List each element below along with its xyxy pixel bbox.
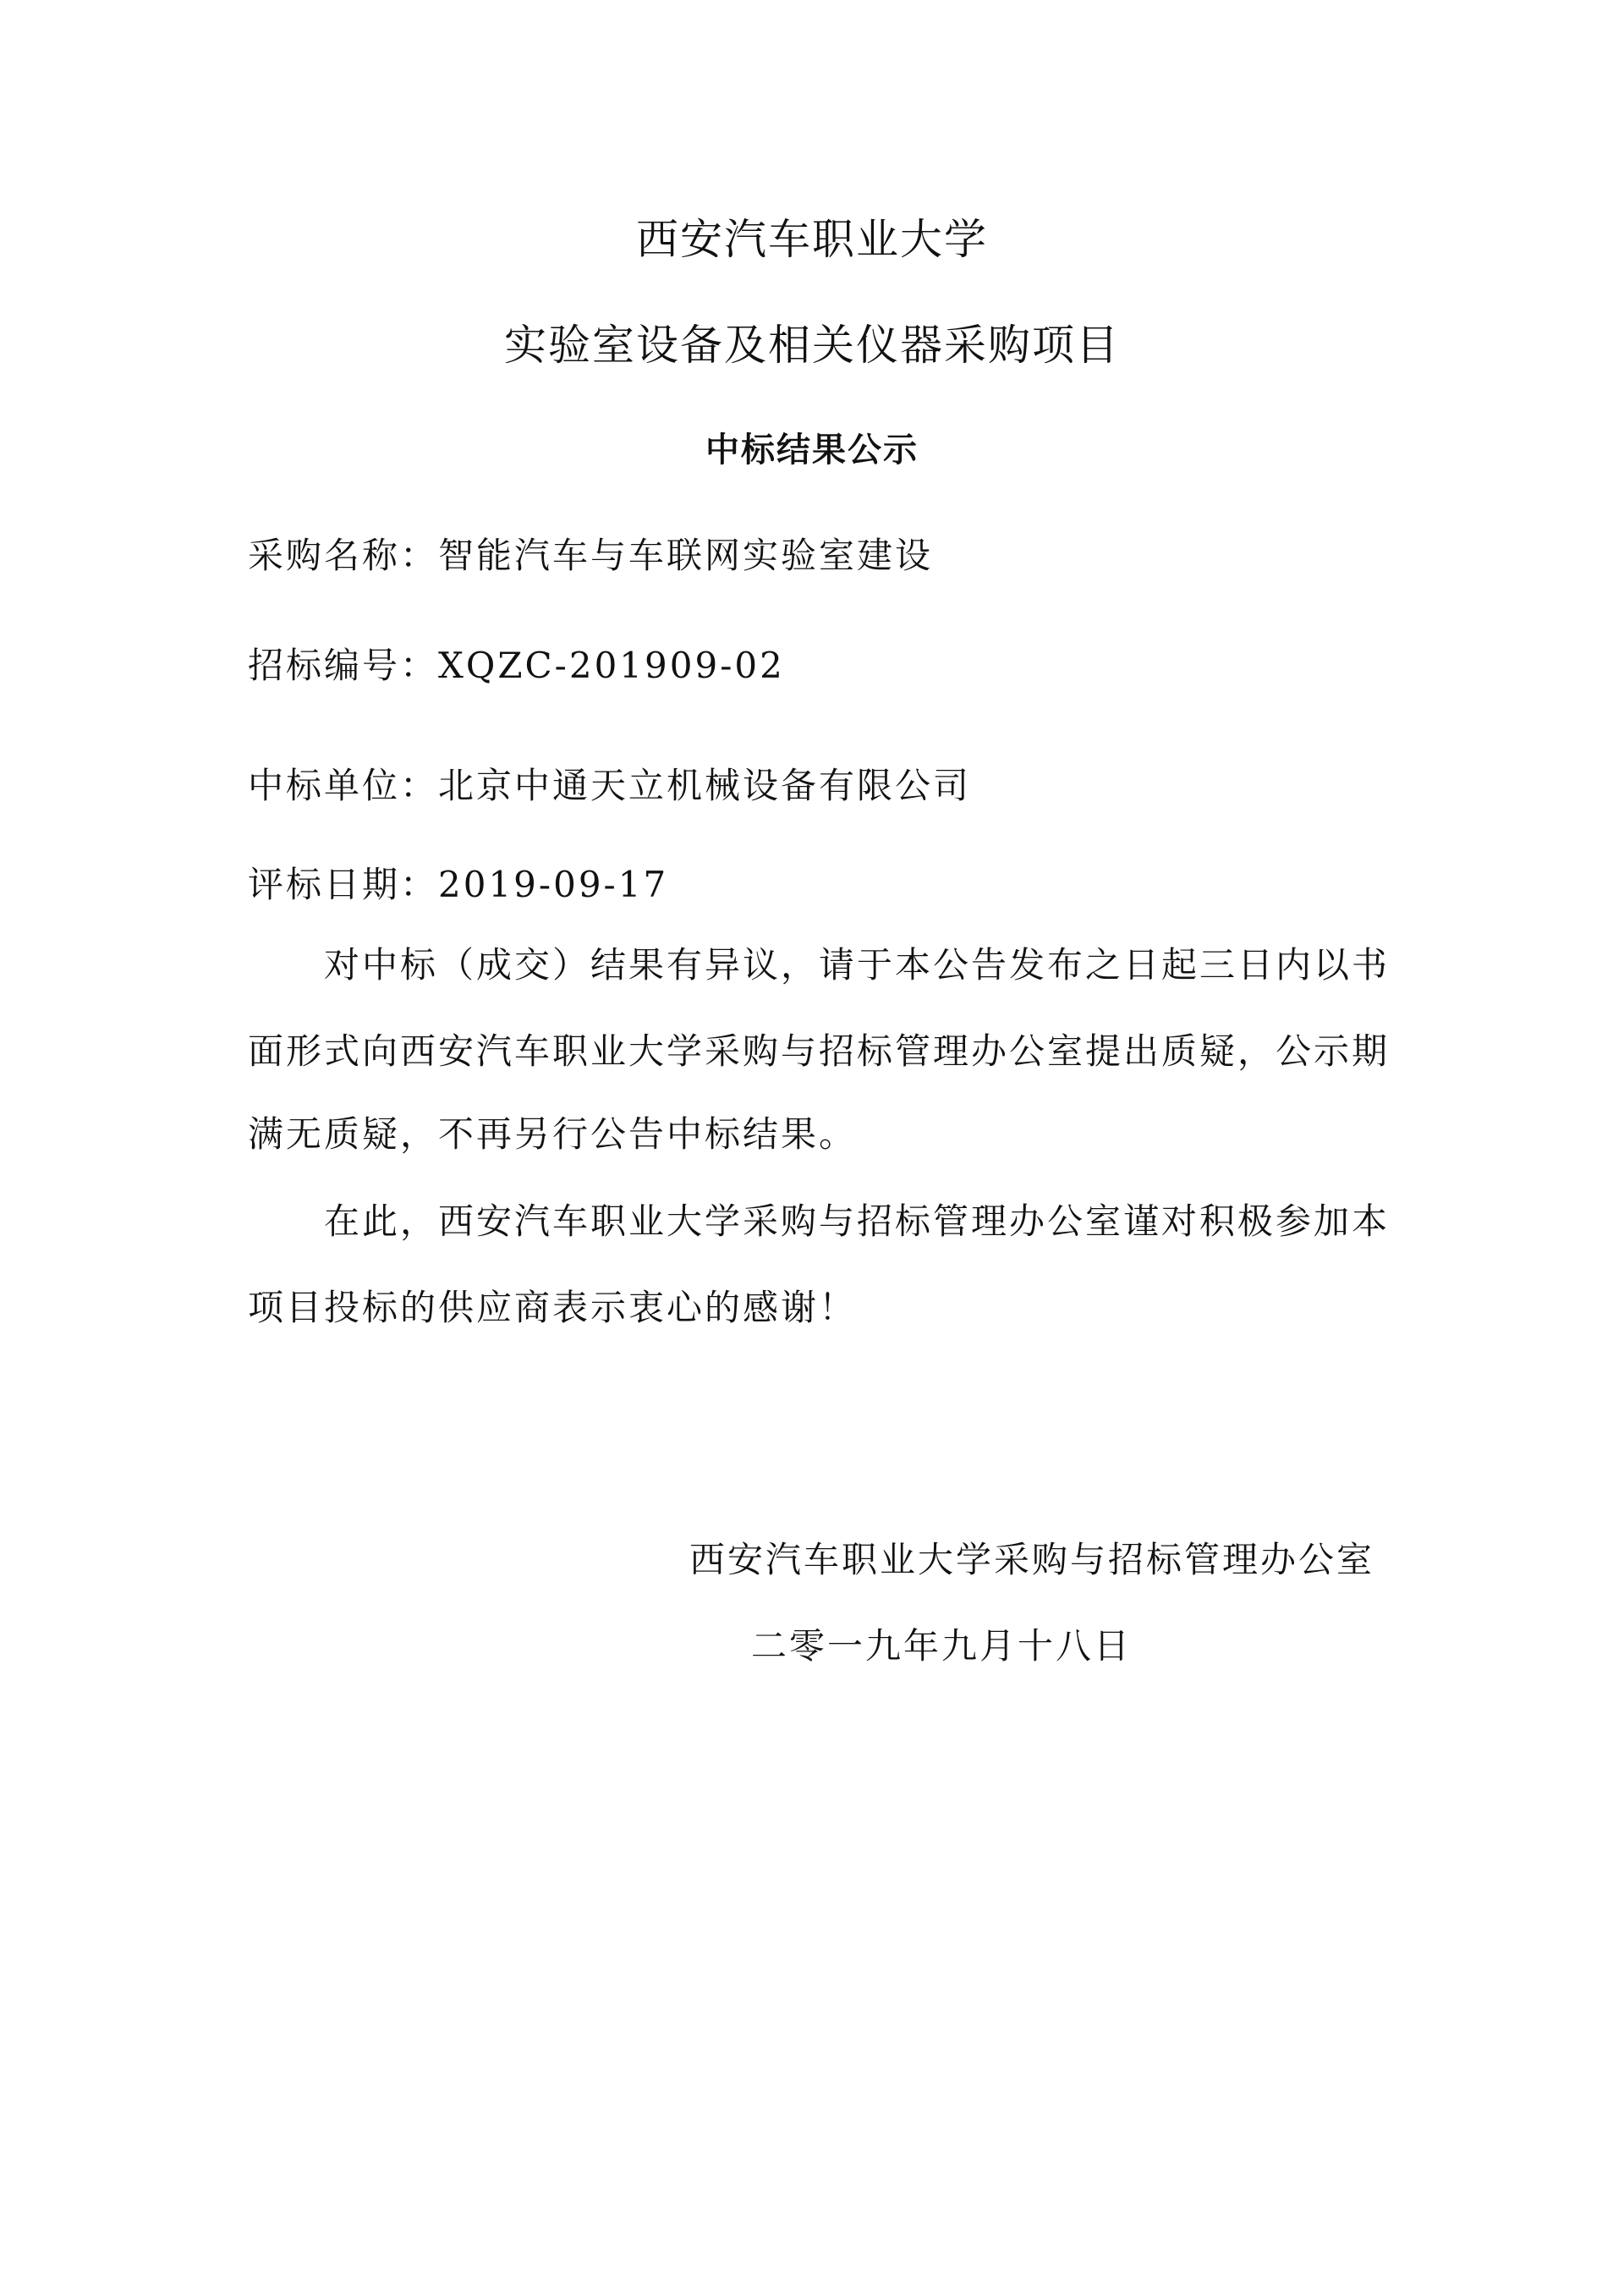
field-procurement-name: 采购名称：智能汽车与车联网实验室建设 [248,538,933,574]
project-title: 实验室设备及相关仪器采购项目 [0,324,1624,366]
notice-title: 中标结果公示 [0,433,1624,467]
thanks-paragraph-line-2: 项目投标的供应商表示衷心的感谢！ [248,1290,857,1326]
field-winning-bidder: 中标单位：北京中通天立机械设备有限公司 [248,768,971,804]
field-evaluation-date: 评标日期：2019-09-17 [248,867,668,903]
signature-date: 二零一九年九月十八日 [751,1629,1132,1664]
field-label: 中标单位： [248,765,438,806]
field-value: 智能汽车与车联网实验室建设 [438,535,933,576]
objection-paragraph-line-3: 满无质疑，不再另行公告中标结果。 [248,1117,857,1152]
signature-office: 西安汽车职业大学采购与招标管理办公室 [689,1542,1374,1578]
field-label: 评标日期： [248,864,438,905]
document-page: 西安汽车职业大学 实验室设备及相关仪器采购项目 中标结果公示 采购名称：智能汽车… [0,0,1624,2296]
objection-paragraph-line-2: 面形式向西安汽车职业大学采购与招标管理办公室提出质疑，公示期 [248,1034,1390,1069]
institution-title: 西安汽车职业大学 [0,218,1624,261]
thanks-paragraph-line-1: 在此，西安汽车职业大学采购与招标管理办公室谨对积极参加本 [324,1204,1390,1239]
field-label: 招标编号： [248,645,438,686]
field-value: 北京中通天立机械设备有限公司 [438,765,971,806]
objection-paragraph-line-1: 对中标（成交）结果有异议，请于本公告发布之日起三日内以书 [324,948,1390,983]
field-label: 采购名称： [248,535,438,576]
field-value: 2019-09-17 [438,864,668,905]
field-tender-number: 招标编号：XQZC-201909-02 [248,648,785,684]
field-value: XQZC-201909-02 [438,645,785,686]
